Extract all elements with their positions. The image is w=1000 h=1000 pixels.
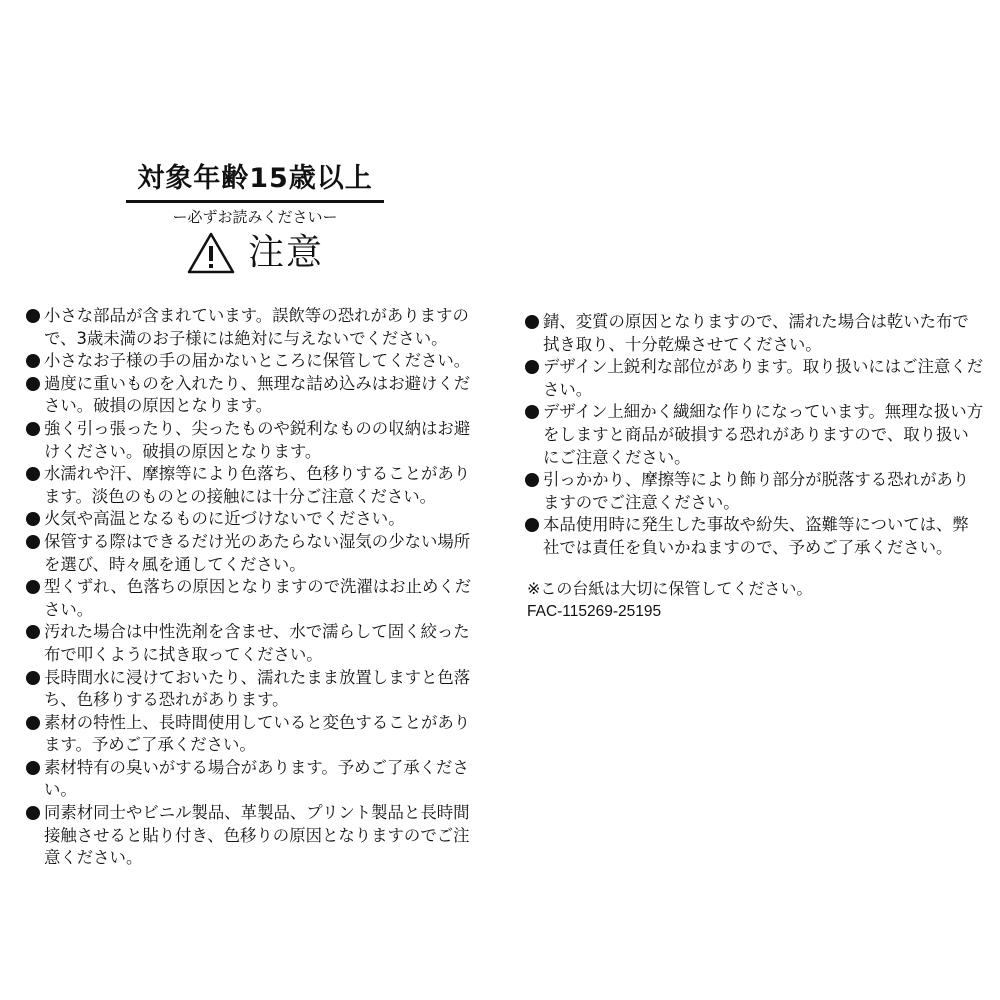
bullet-icon <box>26 354 40 368</box>
bullet-icon <box>26 309 40 323</box>
list-item: 型くずれ、色落ちの原因となりますので洗濯はお止めください。 <box>26 576 481 621</box>
list-item: 小さな部品が含まれています。誤飲等の恐れがありますので、3歳未満のお子様には絶対… <box>26 305 481 350</box>
list-item: 保管する際はできるだけ光のあたらない湿気の少ない場所を選び、時々風を通してくださ… <box>26 531 481 576</box>
list-item: 錆、変質の原因となりますので、濡れた場合は乾いた布で拭き取り、十分乾燥させてくだ… <box>525 311 985 356</box>
list-item: 長時間水に浸けておいたり、濡れたまま放置しますと色落ち、色移りする恐れがあります… <box>26 667 481 712</box>
read-notice: ー必ずお読みくださいー <box>120 205 390 229</box>
bullet-icon <box>525 518 539 532</box>
bullet-icon <box>525 473 539 487</box>
list-item: 本品使用時に発生した事故や紛失、盗難等については、弊社では責任を負いかねますので… <box>525 514 985 559</box>
list-item: 強く引っ張ったり、尖ったものや鋭利なものの収納はお避けください。破損の原因となり… <box>26 418 481 463</box>
bullet-icon <box>525 360 539 374</box>
bullet-icon <box>26 422 40 436</box>
list-item: 火気や高温となるものに近づけないでください。 <box>26 508 481 531</box>
bullet-icon <box>26 761 40 775</box>
bullet-icon <box>26 535 40 549</box>
list-item: デザイン上鋭利な部位があります。取り扱いにはご注意ください。 <box>525 356 985 401</box>
caution-heading: 注意 <box>120 231 390 275</box>
caution-word: 注意 <box>248 231 324 275</box>
keep-card-note: ※この台紙は大切に保管してください。 <box>527 578 812 600</box>
list-item: 素材特有の臭いがする場合があります。予めご了承ください。 <box>26 757 481 802</box>
caution-list-right: 錆、変質の原因となりますので、濡れた場合は乾いた布で拭き取り、十分乾燥させてくだ… <box>525 311 985 560</box>
bullet-icon <box>525 315 539 329</box>
product-code: FAC-115269-25195 <box>527 601 661 623</box>
bullet-icon <box>525 405 539 419</box>
bullet-icon <box>26 671 40 685</box>
age-rating-title: 対象年齢15歳以上 <box>126 160 384 203</box>
list-item: 小さなお子様の手の届かないところに保管してください。 <box>26 350 481 373</box>
bullet-icon <box>26 625 40 639</box>
caution-list-left: 小さな部品が含まれています。誤飲等の恐れがありますので、3歳未満のお子様には絶対… <box>26 305 481 870</box>
bullet-icon <box>26 716 40 730</box>
bullet-icon <box>26 806 40 820</box>
list-item: 過度に重いものを入れたり、無理な詰め込みはお避けください。破損の原因となります。 <box>26 373 481 418</box>
list-item: 引っかかり、摩擦等により飾り部分が脱落する恐れがありますのでご注意ください。 <box>525 469 985 514</box>
list-item: デザイン上細かく繊細な作りになっています。無理な扱い方をしますと商品が破損する恐… <box>525 401 985 469</box>
list-item: 素材の特性上、長時間使用していると変色することがあります。予めご了承ください。 <box>26 712 481 757</box>
bullet-icon <box>26 512 40 526</box>
list-item: 水濡れや汗、摩擦等により色落ち、色移りすることがあります。淡色のものとの接触には… <box>26 463 481 508</box>
bullet-icon <box>26 467 40 481</box>
list-item: 汚れた場合は中性洗剤を含ませ、水で濡らして固く絞った布で叩くように拭き取ってくだ… <box>26 621 481 666</box>
list-item: 同素材同士やビニル製品、革製品、プリント製品と長時間接触させると貼り付き、色移り… <box>26 802 481 870</box>
bullet-icon <box>26 377 40 391</box>
warning-header: 対象年齢15歳以上 ー必ずお読みくださいー 注意 <box>120 160 390 275</box>
bullet-icon <box>26 580 40 594</box>
warning-triangle-icon <box>186 231 236 275</box>
